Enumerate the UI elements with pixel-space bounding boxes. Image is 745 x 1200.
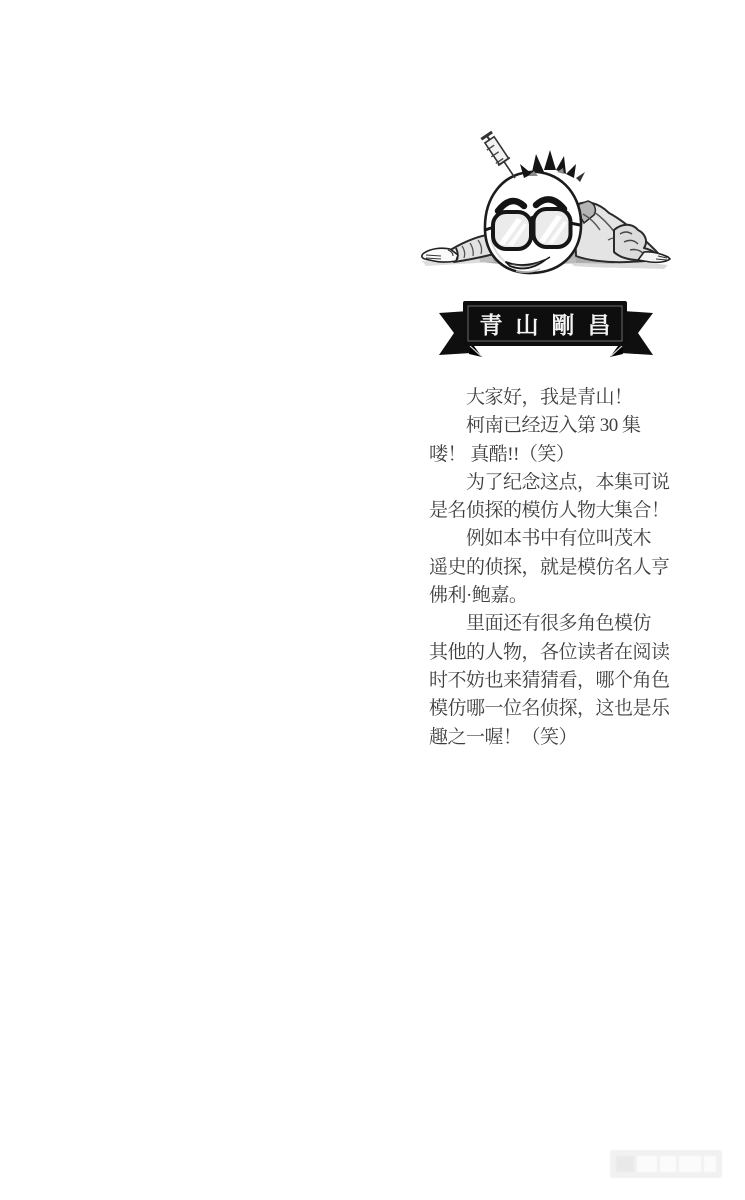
watermark-glyph (660, 1156, 676, 1172)
note-line: 喽！ 真酷!!（笑） (429, 441, 675, 469)
note-line: 大家好，我是青山！ (429, 384, 675, 412)
watermark-glyph (679, 1156, 701, 1172)
note-line: 里面还有很多角色模仿 (429, 610, 675, 638)
note-text: 大家好，我是青山！柯南已经迈入第 30 集喽！ 真酷!!（笑）为了纪念这点，本集… (429, 384, 675, 752)
note-line: 为了纪念这点，本集可说 (429, 469, 675, 497)
note-line: 佛利·鲍嘉。 (429, 582, 675, 610)
note-line: 时不妨也来猜猜看，哪个角色 (429, 667, 675, 695)
watermark-glyph (616, 1156, 634, 1172)
author-name: 青山剛昌 (463, 301, 627, 346)
watermark-glyph (704, 1156, 716, 1172)
note-line: 柯南已经迈入第 30 集 (429, 412, 675, 440)
note-line: 例如本书中有位叫茂木 (429, 525, 675, 553)
syringe-icon (481, 132, 515, 178)
note-line: 趣之一喔！（笑） (429, 724, 675, 752)
note-line: 模仿哪一位名侦探，这也是乐 (429, 695, 675, 723)
note-line: 其他的人物，各位读者在阅读 (429, 639, 675, 667)
note-line: 遥史的侦探，就是模仿名人亨 (429, 554, 675, 582)
watermark-glyph (637, 1156, 657, 1172)
note-line: 是名侦探的模仿人物大集合！ (429, 497, 675, 525)
site-watermark (610, 1150, 722, 1178)
author-caricature-illustration (418, 122, 674, 282)
manga-author-note-page: 青山剛昌 大家好，我是青山！柯南已经迈入第 30 集喽！ 真酷!!（笑）为了纪念… (0, 0, 745, 1200)
right-arm (574, 201, 670, 262)
